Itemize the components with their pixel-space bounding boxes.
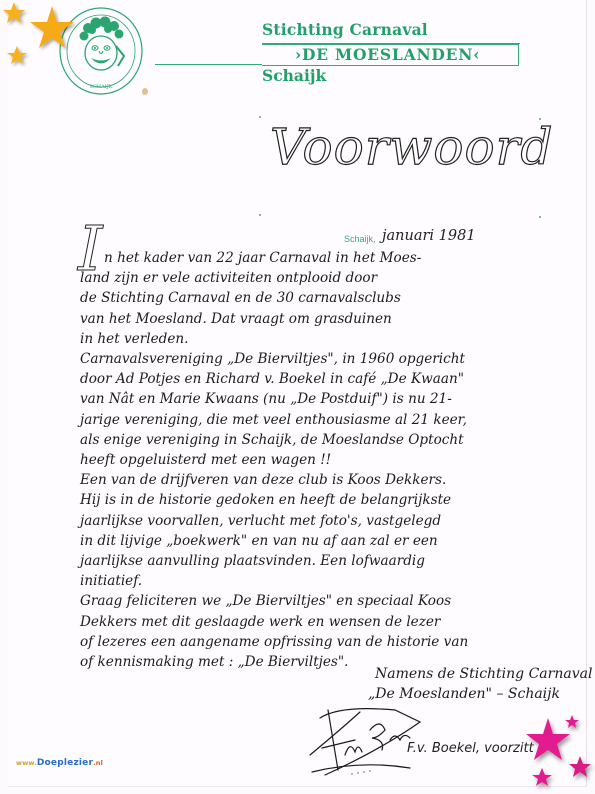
frame-dot: [539, 216, 541, 218]
dateline-date: januari 1981: [382, 228, 476, 244]
watermark-suffix: .nl: [93, 759, 103, 767]
body-line: de Stichting Carnaval en de 30 carnavals…: [80, 288, 560, 308]
watermark-prefix: www.: [16, 759, 37, 767]
body-line: in het verleden.: [80, 329, 560, 349]
body-line: van het Moesland. Dat vraagt om grasduin…: [80, 309, 560, 329]
body-line: als enige vereniging in Schaijk, de Moes…: [80, 430, 560, 450]
body-line: jaarlijkse voorvallen, verlucht met foto…: [80, 511, 560, 531]
body-line: Graag feliciteren we „De Bierviltjes" en…: [80, 591, 560, 611]
body-line: heeft opgeluisterd met een wagen !!: [80, 450, 560, 470]
body-line: jarige vereniging, die met veel enthousi…: [80, 410, 560, 430]
body-line: of lezeres een aangename opfrissing van …: [80, 632, 560, 652]
body-line: land zijn er vele activiteiten ontplooid…: [80, 268, 560, 288]
body-line: initiatief.: [80, 571, 560, 591]
watermark-brand: Doeplezier: [37, 758, 93, 768]
body-line: Hij is in de historie gedoken en heeft d…: [80, 490, 560, 510]
body-line: jaarlijkse aanvulling plaatsvinden. Een …: [80, 551, 560, 571]
paper-stain: [142, 88, 148, 95]
closing-line: Namens de Stichting Carnaval: [375, 664, 592, 684]
page-title: Voorwoord: [270, 118, 554, 176]
pink-stars-decoration-icon: [520, 712, 595, 794]
signer-name: F.v. Boekel, voorzitt: [407, 741, 534, 756]
letterhead-rule-left: [155, 64, 262, 65]
letterhead-city: Schaijk: [262, 66, 326, 85]
closing: Namens de Stichting Carnaval „De Moeslan…: [375, 664, 592, 704]
svg-text:SCHAIJK: SCHAIJK: [90, 84, 113, 90]
body-line: n het kader van 22 jaar Carnaval in het …: [104, 248, 560, 268]
body-line: door Ad Potjes en Richard v. Boekel in c…: [80, 369, 560, 389]
gold-stars-decoration-icon: [0, 0, 90, 75]
dateline-place: Schaijk,: [344, 234, 376, 244]
letterhead-org-name: ›DE MOESLANDEN‹: [295, 45, 480, 64]
site-watermark-logo: www.Doeplezier.nl: [16, 758, 103, 768]
body-line: Carnavalsvereniging „De Bierviltjes", in…: [80, 349, 560, 369]
frame-dot: [259, 214, 261, 216]
frame-dot: [259, 116, 261, 118]
body-line: Een van de drijfveren van deze club is K…: [80, 470, 560, 490]
letterhead-org-line: Stichting Carnaval: [262, 20, 428, 39]
body-line: in dit lijvige „boekwerk" en van nu af a…: [80, 531, 560, 551]
body-line: Dekkers met dit geslaagde werk en wensen…: [80, 612, 560, 632]
letter-body: n het kader van 22 jaar Carnaval in het …: [104, 248, 560, 672]
body-line: van Nât en Marie Kwaans (nu „De Postduif…: [80, 389, 560, 409]
